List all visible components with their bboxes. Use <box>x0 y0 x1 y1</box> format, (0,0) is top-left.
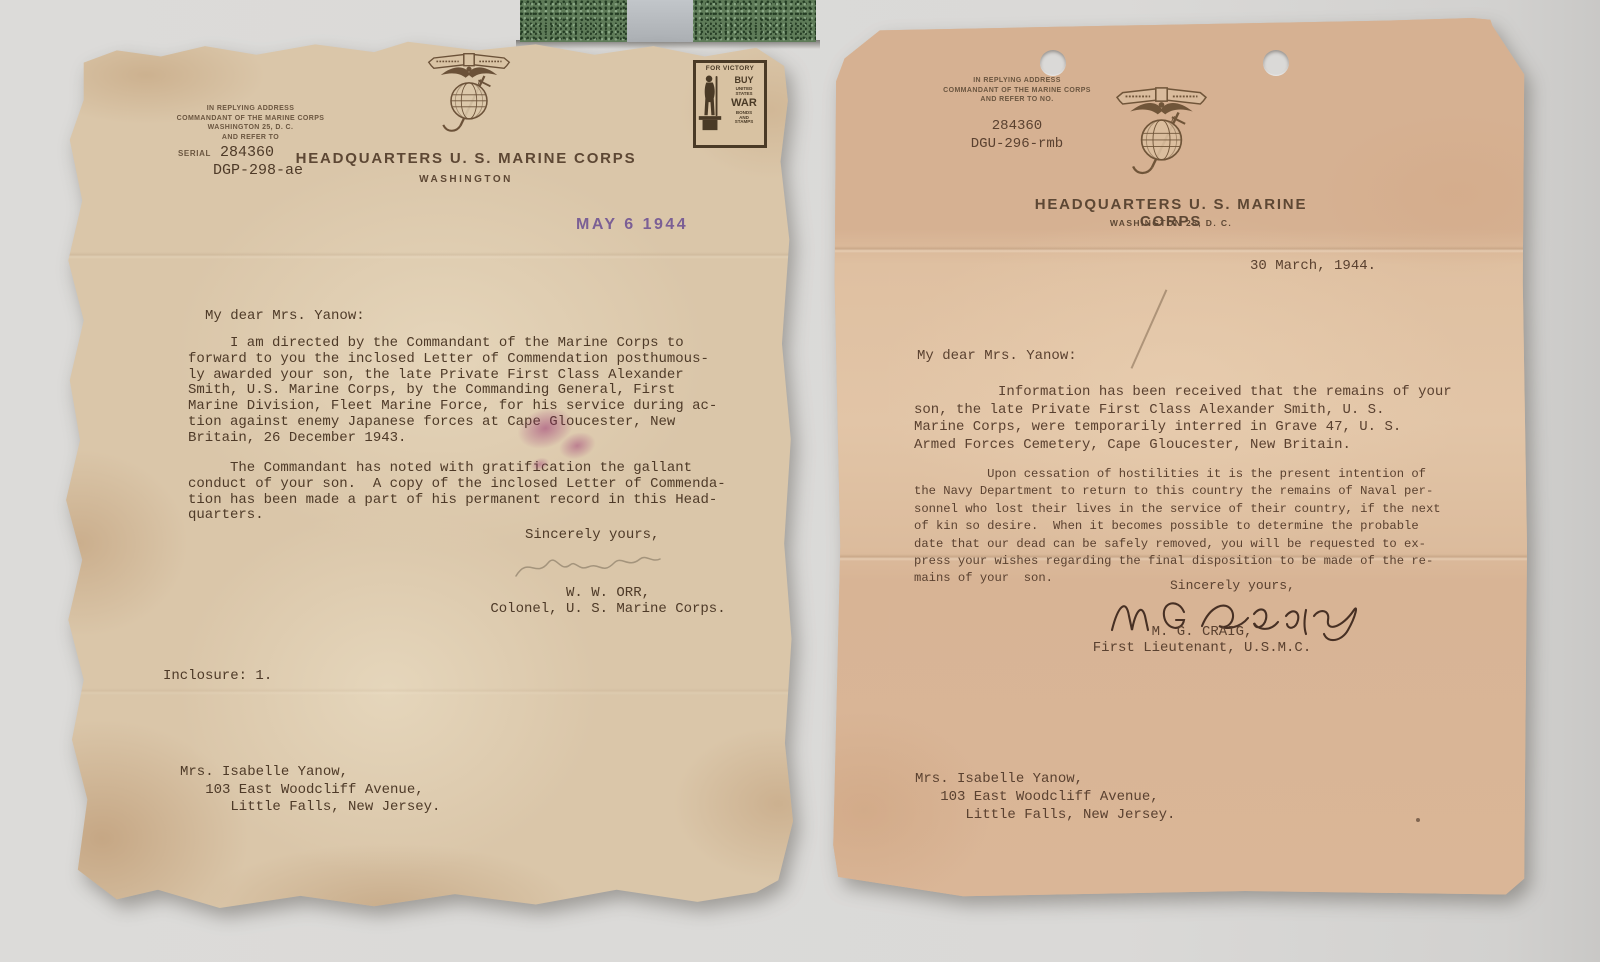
fold-crease <box>58 252 793 259</box>
salutation: My dear Mrs. Yanow: <box>917 348 1077 364</box>
victory-war-bonds-stamp: FOR VICTORY BUY UNITED STATES <box>693 60 767 148</box>
headquarters-title: HEADQUARTERS U. S. MARINE CORPS <box>266 150 666 167</box>
body-paragraph-2: The Commandant has noted with gratificat… <box>188 461 726 524</box>
serial-label: SERIAL <box>178 149 211 158</box>
punch-hole <box>1263 50 1289 76</box>
serial-line: SERIAL 284360 <box>178 144 274 161</box>
fold-crease <box>58 688 793 695</box>
stamp-word-buy: BUY <box>724 76 764 85</box>
reply-address-block: IN REPLYING ADDRESS COMMANDANT OF THE MA… <box>892 76 1142 105</box>
serial-number: 284360 <box>897 118 1137 134</box>
stamp-words-bonds-and-stamps: BONDS AND STAMPS <box>724 111 764 125</box>
headquarters-location: WASHINGTON <box>266 174 666 185</box>
speck-mark <box>1416 818 1420 822</box>
minuteman-statue-icon <box>696 73 724 135</box>
signature-title: First Lieutenant, U.S.M.C. <box>1093 640 1311 656</box>
recipient-address: Mrs. Isabelle Yanow, 103 East Woodcliff … <box>180 764 440 817</box>
letter-30-march-1944: IN REPLYING ADDRESS COMMANDANT OF THE MA… <box>822 18 1527 898</box>
closing: Sincerely yours, <box>525 527 659 543</box>
stamp-words-united-states: UNITED STATES <box>724 87 764 96</box>
orr-signature-scribble <box>508 546 668 588</box>
stamp-word-war: WAR <box>724 98 764 109</box>
eagle-globe-anchor-icon <box>426 52 512 148</box>
recipient-address: Mrs. Isabelle Yanow, 103 East Woodcliff … <box>915 770 1175 824</box>
signature-name: W. W. ORR, <box>566 585 650 601</box>
salutation: My dear Mrs. Yanow: <box>205 308 365 324</box>
signature-name: M. G. CRAIG, <box>1152 624 1253 640</box>
green-mat-object <box>520 0 816 42</box>
letter-date: 30 March, 1944. <box>1250 258 1376 274</box>
letter-may-6-1944: IN REPLYING ADDRESS COMMANDANT OF THE MA… <box>58 40 793 908</box>
fold-crease <box>822 246 1527 253</box>
eagle-globe-anchor-icon <box>1114 86 1209 192</box>
crease-scratch-mark <box>1131 289 1167 368</box>
photo-scene: IN REPLYING ADDRESS COMMANDANT OF THE MA… <box>0 0 1600 962</box>
inclosure-note: Inclosure: 1. <box>163 668 272 684</box>
reply-address-block: IN REPLYING ADDRESS COMMANDANT OF THE MA… <box>158 104 343 142</box>
headquarters-location: WASHINGTON 25, D. C. <box>1021 218 1321 228</box>
received-date-stamp: MAY 6 1944 <box>576 216 688 234</box>
punch-hole <box>1040 50 1066 76</box>
body-paragraph-1: I am directed by the Commandant of the M… <box>188 336 717 447</box>
signature-block: W. W. ORR,Colonel, U. S. Marine Corps. <box>453 585 763 617</box>
signature-title: Colonel, U. S. Marine Corps. <box>490 601 725 617</box>
reference-code: DGU-296-rmb <box>897 136 1137 152</box>
body-paragraph-1: Information has been received that the r… <box>914 384 1452 454</box>
left-paper-sheet: IN REPLYING ADDRESS COMMANDANT OF THE MA… <box>58 40 793 908</box>
right-paper-sheet: IN REPLYING ADDRESS COMMANDANT OF THE MA… <box>822 18 1527 898</box>
body-paragraph-2: Upon cessation of hostilities it is the … <box>914 466 1441 588</box>
gray-strip-object <box>627 0 693 42</box>
signature-block: M. G. CRAIG,First Lieutenant, U.S.M.C. <box>1062 624 1342 656</box>
stamp-heading: FOR VICTORY <box>696 65 764 72</box>
